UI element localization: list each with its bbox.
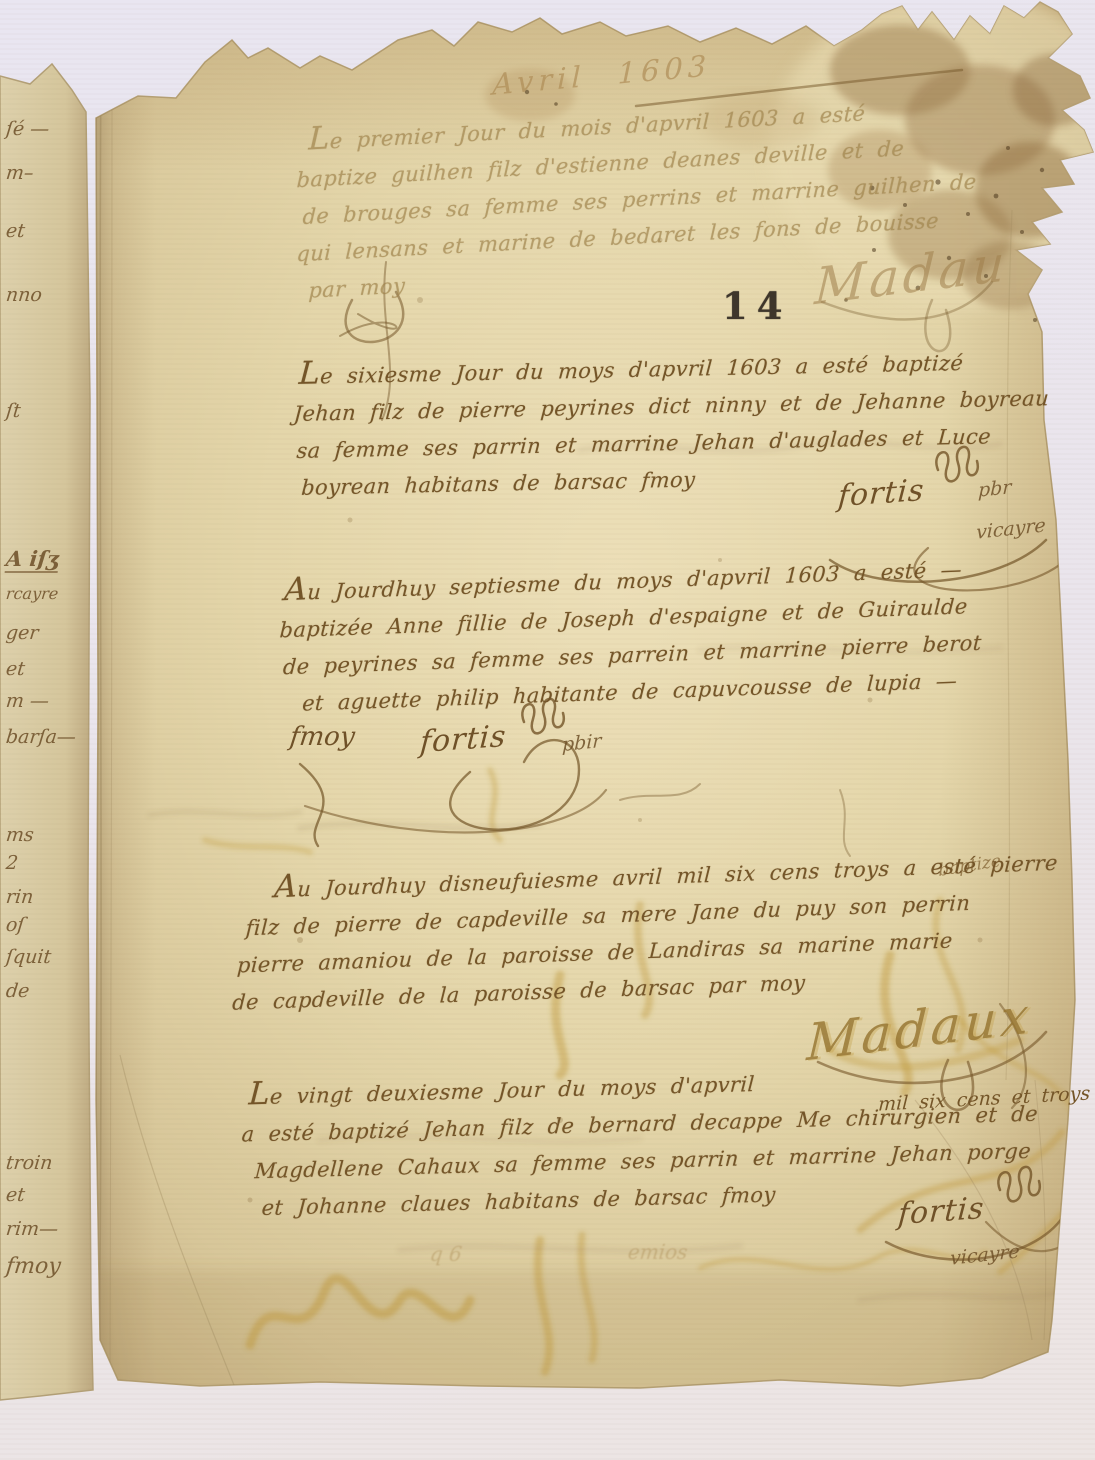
- bottom-smudge-text: emios: [627, 1240, 689, 1264]
- margin-fragment: troin: [5, 1152, 54, 1174]
- entry-5-signature: fortis: [897, 1191, 986, 1232]
- margin-fragment: rim—: [5, 1218, 59, 1240]
- entry-3-closing: fmoy: [288, 722, 356, 752]
- margin-fragment: ger: [5, 622, 40, 644]
- entry-2-signature-suffix: pbr: [978, 476, 1012, 502]
- manuscript-photo: Avril 1603 14 Le premier Jour du mois d'…: [0, 0, 1095, 1460]
- margin-fragment: rin: [5, 886, 35, 908]
- margin-fragment: ms: [5, 824, 35, 846]
- bottom-smudge-text: q 6: [429, 1242, 463, 1266]
- entry-2: Le sixiesme Jour du moys d'apvril 1603 a…: [299, 340, 1051, 507]
- page-number-stamp: 14: [722, 284, 792, 328]
- entry-3-signature: fortis: [419, 719, 508, 760]
- margin-fragment: fmoy: [5, 1254, 62, 1279]
- margin-fragment: m–: [5, 162, 35, 184]
- margin-fragment: et: [5, 220, 26, 242]
- margin-fragment: ſt: [5, 400, 22, 422]
- entry-3: Au Jourdhuy septiesme du moys d'apvril 1…: [284, 548, 984, 723]
- entry-2-signature: fortis: [837, 473, 926, 514]
- margin-fragment: m —: [5, 690, 50, 712]
- margin-fragment: ſé —: [5, 118, 51, 140]
- margin-fragment: barſa—: [5, 726, 77, 748]
- margin-fragment: 2: [5, 852, 19, 874]
- margin-fragment: et: [5, 1184, 26, 1206]
- margin-fragment: oſ: [5, 914, 26, 936]
- margin-fragment: rcayre: [5, 584, 59, 603]
- margin-fragment: ſquit: [5, 946, 52, 968]
- margin-fragment: A iſʒ: [5, 546, 60, 573]
- entry-4: Au Jourdhuy disneufuiesme avril mil six …: [244, 842, 1063, 1021]
- margin-fragment: de: [5, 980, 31, 1002]
- entry-3-signature-suffix: pbir: [562, 730, 602, 756]
- margin-fragment: nno: [5, 284, 43, 306]
- margin-fragment: et: [5, 658, 26, 680]
